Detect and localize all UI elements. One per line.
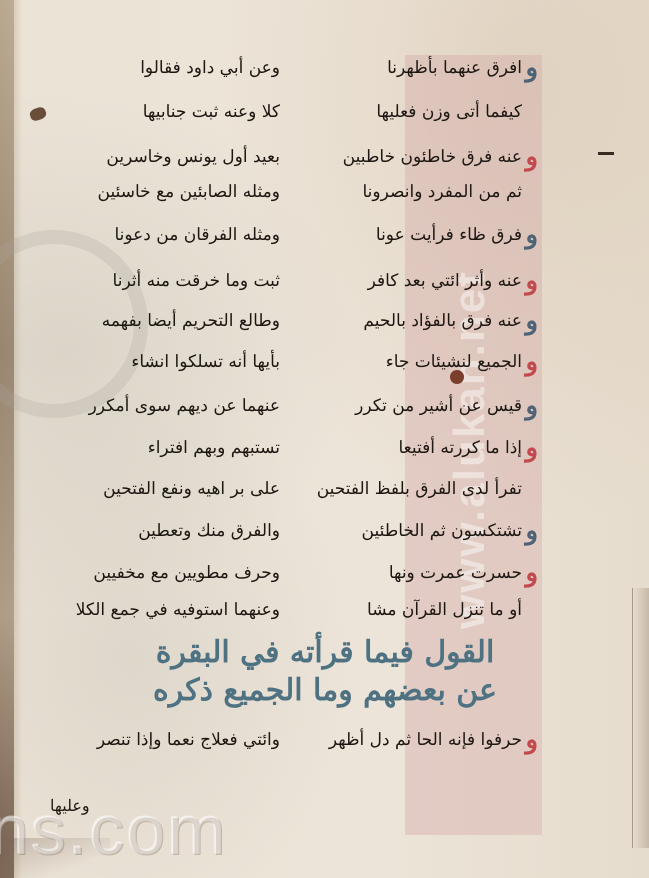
verse-first-hemistich: تفرأ لدى الفرق بلفظ الفتحين — [310, 471, 522, 507]
verse-row: و فرق ظاء فرأيت عونا ومثله الفرقان من دع… — [60, 217, 530, 253]
verse-second-hemistich: بعيد أول يونس وخاسرين — [60, 139, 280, 175]
verse-first-hemistich: كيفما أتى وزن فعليها — [310, 94, 522, 130]
verse-second-hemistich: على بر اهيه ونفع الفتحين — [60, 471, 280, 507]
verse-row: و عنه وأثر ائتي بعد كافر ثبت وما خرقت من… — [60, 263, 530, 299]
section-heading-line-2: عن بعضهم وما الجميع ذكره — [130, 672, 520, 710]
margin-dash-mark — [598, 152, 614, 155]
verse-first-hemistich: الجميع لنشيئات جاء — [310, 344, 522, 380]
verse-first-hemistich: قيس عن أشير من تكرر — [310, 388, 522, 424]
verse-row: و إذا ما كررته أفتيعا تستبهم وبهم افتراء — [60, 430, 530, 466]
waw-rubric: و — [525, 303, 538, 339]
waw-rubric: و — [525, 513, 538, 549]
verse-second-hemistich: تستبهم وبهم افتراء — [60, 430, 280, 466]
verse-row-final: و حرفوا فإنه الحا ثم دل أظهر وائتي فعلاج… — [60, 722, 530, 758]
verse-first-hemistich: فرق ظاء فرأيت عونا — [310, 217, 522, 253]
verse-row: كيفما أتى وزن فعليها كلا وعنه ثبت جنابيه… — [60, 94, 530, 130]
verse-first-hemistich: افرق عنهما بأظهرنا — [310, 50, 522, 86]
verse-first-hemistich: إذا ما كررته أفتيعا — [310, 430, 522, 466]
verse-first-hemistich: تشتكسون ثم الخاطئين — [310, 513, 522, 549]
waw-rubric: و — [525, 139, 538, 175]
waw-rubric: و — [525, 722, 538, 758]
verse-row: و افرق عنهما بأظهرنا وعن أبي داود فقالوا — [60, 50, 530, 86]
waw-rubric: و — [525, 388, 538, 424]
verse-first-hemistich: حسرت عمرت ونها — [310, 555, 522, 591]
verse-second-hemistich: كلا وعنه ثبت جنابيها — [60, 94, 280, 130]
verse-second-hemistich: ثبت وما خرقت منه أثرنا — [60, 263, 280, 299]
verse-row: ثم من المفرد وانصرونا ومثله الصابئين مع … — [60, 174, 530, 210]
waw-rubric: و — [525, 263, 538, 299]
verse-second-hemistich: والفرق منك وتعطين — [60, 513, 280, 549]
verse-first-hemistich: عنه وأثر ائتي بعد كافر — [310, 263, 522, 299]
verse-first-hemistich: عنه فرق بالفؤاد بالحيم — [310, 303, 522, 339]
page-right-tear — [632, 588, 649, 848]
verse-first-hemistich: حرفوا فإنه الحا ثم دل أظهر — [310, 722, 522, 758]
page-left-edge — [0, 0, 14, 878]
verse-row: و عنه فرق بالفؤاد بالحيم وطالع التحريم أ… — [60, 303, 530, 339]
waw-rubric: و — [525, 430, 538, 466]
verse-second-hemistich: ومثله الصابئين مع خاسئين — [60, 174, 280, 210]
waw-rubric: و — [525, 555, 538, 591]
waw-rubric: و — [525, 344, 538, 380]
verse-second-hemistich: وطالع التحريم أيضا بفهمه — [60, 303, 280, 339]
verse-row: و الجميع لنشيئات جاء بأيها أنه تسلكوا ان… — [60, 344, 530, 380]
verse-second-hemistich: وائتي فعلاج نعما وإذا تنصر — [60, 722, 280, 758]
verse-row: أو ما تنزل القرآن مشا وعنهما استوفيه في … — [60, 592, 530, 628]
verse-second-hemistich: بأيها أنه تسلكوا انشاء — [60, 344, 280, 380]
verse-row: تفرأ لدى الفرق بلفظ الفتحين على بر اهيه … — [60, 471, 530, 507]
verse-row: و حسرت عمرت ونها وحرف مطويين مع مخفيين — [60, 555, 530, 591]
manuscript-page: www.alukah.net و افرق عنهما بأظهرنا وعن … — [0, 0, 649, 878]
waw-rubric: و — [525, 50, 538, 86]
verse-first-hemistich: عنه فرق خاطئون خاطبين — [310, 139, 522, 175]
verse-first-hemistich: أو ما تنزل القرآن مشا — [310, 592, 522, 628]
verse-first-hemistich: ثم من المفرد وانصرونا — [310, 174, 522, 210]
ink-spot — [28, 106, 47, 123]
watermark-bottom-text: ns.com — [0, 790, 228, 870]
verse-row: و تشتكسون ثم الخاطئين والفرق منك وتعطين — [60, 513, 530, 549]
verse-second-hemistich: وعن أبي داود فقالوا — [60, 50, 280, 86]
verse-second-hemistich: عنهما عن ديهم سوى أمكرر — [60, 388, 280, 424]
verse-row: و قيس عن أشير من تكرر عنهما عن ديهم سوى … — [60, 388, 530, 424]
verse-row: و عنه فرق خاطئون خاطبين بعيد أول يونس وخ… — [60, 139, 530, 175]
verse-second-hemistich: وحرف مطويين مع مخفيين — [60, 555, 280, 591]
section-heading-line-1: القول فيما قرأته في البقرة — [130, 634, 520, 672]
verse-second-hemistich: وعنهما استوفيه في جمع الكلا — [60, 592, 280, 628]
waw-rubric: و — [525, 217, 538, 253]
verse-second-hemistich: ومثله الفرقان من دعونا — [60, 217, 280, 253]
